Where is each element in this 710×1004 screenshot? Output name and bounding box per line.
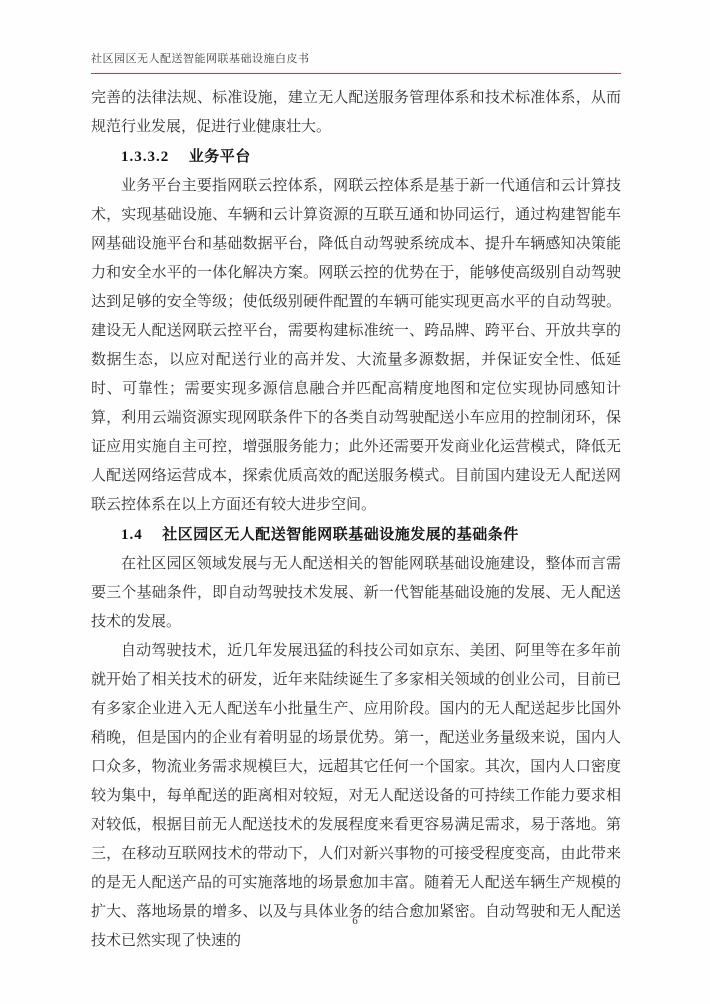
page-header: 社区园区无人配送智能网联基础设施白皮书 bbox=[91, 52, 621, 74]
document-page: 社区园区无人配送智能网联基础设施白皮书 完善的法律法规、标准设施，建立无人配送服… bbox=[0, 0, 710, 1004]
paragraph-autonomous-driving: 自动驾驶技术，近几年发展迅猛的科技公司如京东、美团、阿里等在多年前就开始了相关技… bbox=[91, 637, 621, 956]
section-heading-business-platform: 1.3.3.2业务平台 bbox=[91, 142, 621, 172]
section-heading-basic-conditions: 1.4社区园区无人配送智能网联基础设施发展的基础条件 bbox=[91, 520, 621, 550]
section-title: 业务平台 bbox=[189, 148, 251, 165]
section-title: 社区园区无人配送智能网联基础设施发展的基础条件 bbox=[162, 526, 519, 543]
paragraph-continuation: 完善的法律法规、标准设施，建立无人配送服务管理体系和技术标准体系，从而规范行业发… bbox=[91, 84, 621, 142]
page-content: 完善的法律法规、标准设施，建立无人配送服务管理体系和技术标准体系，从而规范行业发… bbox=[91, 84, 621, 956]
paragraph-conditions: 在社区园区领域发展与无人配送相关的智能网联基础设施建设，整体而言需要三个基础条件… bbox=[91, 550, 621, 637]
page-footer: 6 bbox=[0, 915, 710, 927]
section-number: 1.3.3.2 bbox=[121, 149, 169, 165]
document-title: 社区园区无人配送智能网联基础设施白皮书 bbox=[91, 53, 310, 65]
page-number: 6 bbox=[352, 915, 358, 927]
paragraph-business-platform: 业务平台主要指网联云控体系，网联云控体系是基于新一代通信和云计算技术，实现基础设… bbox=[91, 172, 621, 520]
section-number: 1.4 bbox=[121, 527, 143, 543]
